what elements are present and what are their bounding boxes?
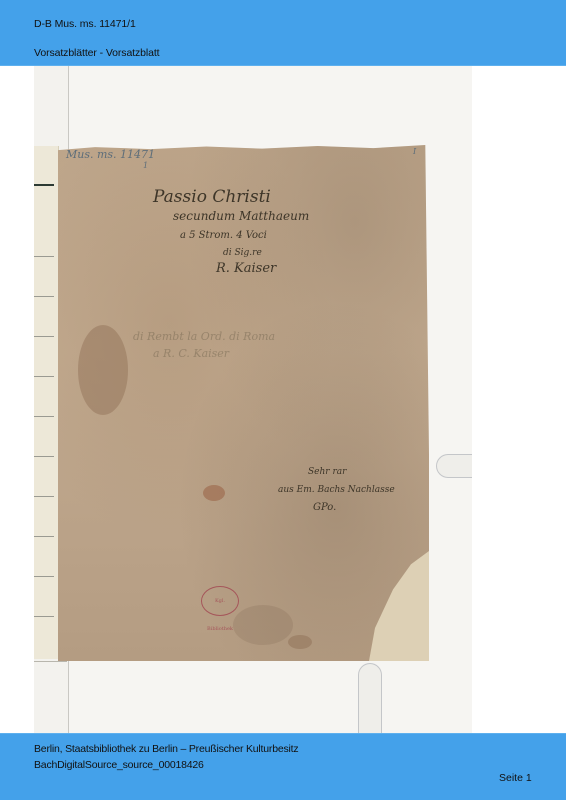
- water-stain: [233, 605, 293, 645]
- library-stamp: Kgl. Bibliothek: [201, 586, 239, 616]
- faint-line-2: a R. C. Kaiser: [153, 347, 229, 360]
- title-line-4: di Sig.re: [223, 248, 262, 258]
- ruled-line: [34, 576, 54, 577]
- title-leaf: Mus. ms. 11471 1 I Passio Christi secund…: [58, 145, 429, 661]
- water-stain: [78, 325, 128, 415]
- corner-numeral: I: [413, 147, 416, 156]
- ruled-line: [34, 496, 54, 497]
- shelfmark-inscription-sub: 1: [143, 161, 148, 170]
- ruled-line: [34, 456, 54, 457]
- ruled-line: [34, 536, 54, 537]
- page-number: Seite 1: [499, 772, 532, 784]
- binding-strip: [34, 146, 59, 659]
- title-line-3: a 5 Strom. 4 Voci: [180, 230, 267, 241]
- mounting-tab-right: [436, 454, 472, 478]
- title-line-2: secundum Matthaeum: [173, 209, 309, 223]
- ruled-line: [34, 296, 54, 297]
- water-stain: [288, 635, 312, 649]
- faint-line-1: di Rembt la Ord. di Roma: [133, 330, 275, 343]
- note-line-3: GPo.: [313, 502, 336, 513]
- binding-mark: [34, 184, 54, 186]
- ruled-line: [34, 336, 54, 337]
- mounting-tab-bottom: [358, 663, 382, 733]
- note-line-1: Sehr rar: [308, 467, 346, 477]
- section-label: Vorsatzblätter - Vorsatzblatt: [34, 47, 160, 59]
- source-identifier: BachDigitalSource_source_00018426: [34, 759, 204, 771]
- document-footer: Berlin, Staatsbibliothek zu Berlin – Pre…: [0, 733, 566, 800]
- shelfmark-inscription: Mus. ms. 11471: [66, 148, 155, 161]
- ruled-line: [34, 416, 54, 417]
- manuscript-scan: Mus. ms. 11471 1 I Passio Christi secund…: [34, 66, 472, 733]
- holding-institution: Berlin, Staatsbibliothek zu Berlin – Pre…: [34, 743, 298, 755]
- title-line-1: Passio Christi: [153, 187, 271, 207]
- ruled-line: [34, 661, 67, 662]
- ruled-line: [34, 376, 54, 377]
- shelfmark-label: D-B Mus. ms. 11471/1: [34, 18, 136, 30]
- ink-blot: [203, 485, 225, 501]
- ruled-line: [34, 616, 54, 617]
- title-line-5: R. Kaiser: [216, 261, 276, 276]
- torn-corner: [369, 551, 429, 661]
- note-line-2: aus Em. Bachs Nachlasse: [278, 485, 395, 495]
- document-header: D-B Mus. ms. 11471/1 Vorsatzblätter - Vo…: [0, 0, 566, 66]
- ruled-line: [34, 256, 54, 257]
